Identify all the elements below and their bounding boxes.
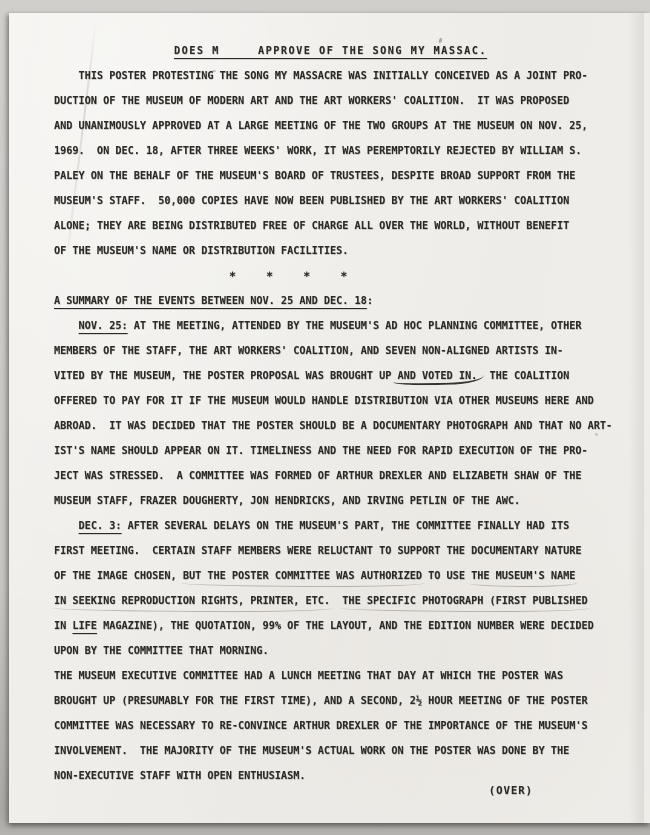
text-line: JECT WAS STRESSED. A COMMITTEE WAS FORME… [54,464,642,489]
text-line: OFFERED TO PAY FOR IT IF THE MUSEUM WOUL… [54,389,642,414]
text-line: MUSEUM'S STAFF. 50,000 COPIES HAVE NOW B… [54,189,642,214]
text-line: OF THE MUSEUM'S NAME OR DISTRIBUTION FAC… [54,239,642,264]
text-line: IN LIFE MAGAZINE), THE QUOTATION, 99% OF… [54,614,642,639]
nov-25-paragraph: NOV. 25: AT THE MEETING, ATTENDED BY THE… [54,314,642,514]
text-line: A SUMMARY OF THE EVENTS BETWEEN NOV. 25 … [54,289,642,314]
text-line: DOES M APPROVE OF THE SONG MY MASSAC. [174,39,642,64]
text-line: DEC. 3: AFTER SEVERAL DELAYS ON THE MUSE… [54,514,642,539]
over-note: (OVER) [489,785,533,797]
text-line: UPON BY THE COMMITTEE THAT MORNING. [54,639,642,664]
text-line: AND UNANIMOUSLY APPROVED AT A LARGE MEET… [54,114,642,139]
text-line: IN SEEKING REPRODUCTION RIGHTS, PRINTER,… [54,589,642,614]
document-text: DOES M APPROVE OF THE SONG MY MASSAC. TH… [54,39,642,789]
scanned-document-photo: { "document": { "over": "(OVER)", "block… [0,0,650,835]
document-page: DOES M APPROVE OF THE SONG MY MASSAC. TH… [9,13,650,823]
text-line: PALEY ON THE BEHALF OF THE MUSEUM'S BOAR… [54,164,642,189]
document-title: DOES M APPROVE OF THE SONG MY MASSAC. [54,39,642,64]
text-line: FIRST MEETING. CERTAIN STAFF MEMBERS WER… [54,539,642,564]
text-line: NON-EXECUTIVE STAFF WITH OPEN ENTHUSIASM… [54,764,642,789]
text-line: MEMBERS OF THE STAFF, THE ART WORKERS' C… [54,339,642,364]
text-line: 1969. ON DEC. 18, AFTER THREE WEEKS' WOR… [54,139,642,164]
text-line: MUSEUM STAFF, FRAZER DOUGHERTY, JON HEND… [54,489,642,514]
text-line: * * * * [229,264,642,289]
dec-3-paragraph: DEC. 3: AFTER SEVERAL DELAYS ON THE MUSE… [54,514,642,789]
text-line: DUCTION OF THE MUSEUM OF MODERN ART AND … [54,89,642,114]
text-line: COMMITTEE WAS NECESSARY TO RE-CONVINCE A… [54,714,642,739]
text-line: NOV. 25: AT THE MEETING, ATTENDED BY THE… [54,314,642,339]
text-line: INVOLVEMENT. THE MAJORITY OF THE MUSEUM'… [54,739,642,764]
intro-paragraph: THIS POSTER PROTESTING THE SONG MY MASSA… [54,64,642,264]
text-line: BROUGHT UP (PRESUMABLY FOR THE FIRST TIM… [54,689,642,714]
asterisk-separator: * * * * [54,264,642,289]
summary-heading: A SUMMARY OF THE EVENTS BETWEEN NOV. 25 … [54,289,642,314]
text-line: OF THE IMAGE CHOSEN, BUT THE POSTER COMM… [54,564,642,589]
text-line: IST'S NAME SHOULD APPEAR ON IT. TIMELINE… [54,439,642,464]
text-line: ABROAD. IT WAS DECIDED THAT THE POSTER S… [54,414,642,439]
text-line: THIS POSTER PROTESTING THE SONG MY MASSA… [54,64,642,89]
text-line: VITED BY THE MUSEUM, THE POSTER PROPOSAL… [54,364,642,389]
text-line: ALONE; THEY ARE BEING DISTRIBUTED FREE O… [54,214,642,239]
text-line: THE MUSEUM EXECUTIVE COMMITTEE HAD A LUN… [54,664,642,689]
